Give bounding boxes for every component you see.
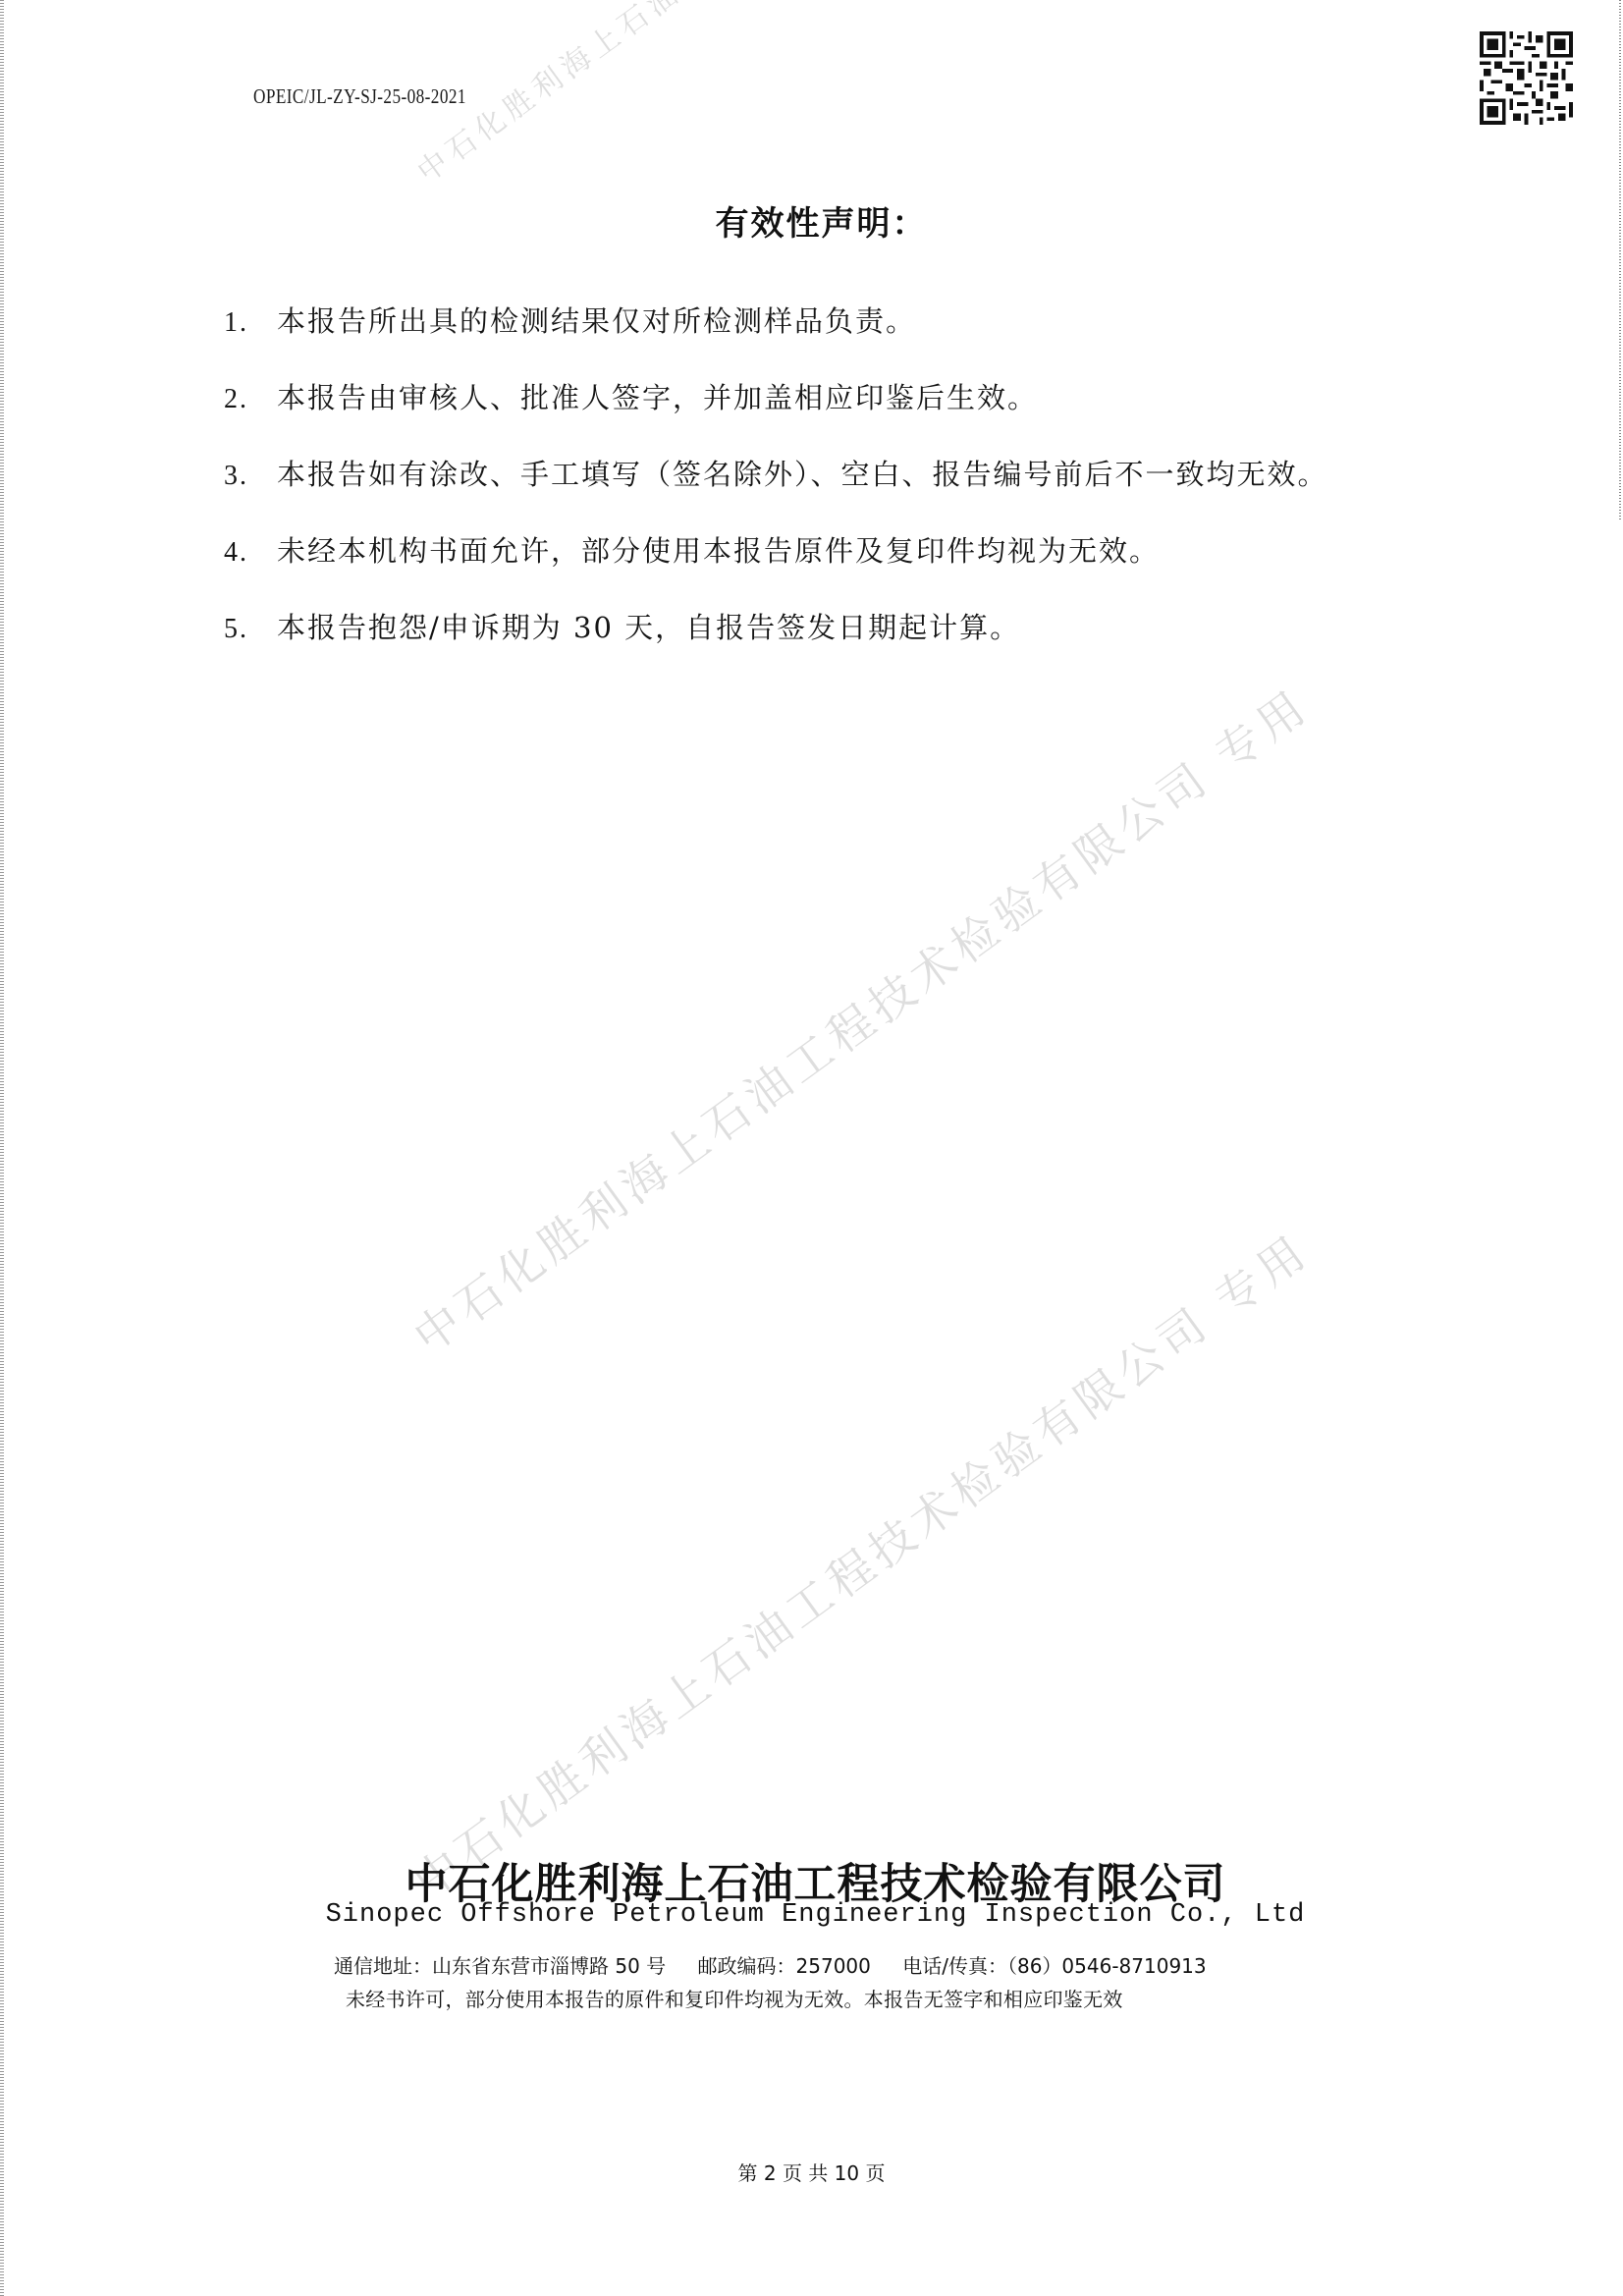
statement-text: 未经本机构书面允许，部分使用本报告原件及复印件均视为无效。: [277, 529, 1160, 570]
copy-notice: 未经书许可，部分使用本报告的原件和复印件均视为无效。本报告无签字和相应印鉴无效: [346, 1984, 1123, 2012]
postal-code: 邮政编码：257000: [698, 1954, 871, 1978]
phone-fax: 电话/传真：（86）0546-8710913: [902, 1954, 1206, 1978]
address: 通信地址：山东省东营市淄博路 50 号: [334, 1954, 666, 1978]
watermark: 中石化胜利海上石油工程技术检验有限公司 专用: [399, 1217, 1321, 1911]
statement-number: 5.: [224, 614, 277, 645]
company-name-english: Sinopec Offshore Petroleum Engineering I…: [0, 1900, 1623, 1930]
statement-number: 1.: [224, 307, 277, 339]
statement-item: 5. 本报告抱怨/申诉期为 30 天，自报告签发日期起计算。: [224, 606, 1328, 683]
scan-border-right: [1619, 0, 1621, 520]
statement-number: 4.: [224, 537, 277, 569]
statement-number: 2.: [224, 384, 277, 415]
page-title: 有效性声明：: [0, 196, 1623, 245]
watermark: 中石化胜利海上石油工程技术检验有限公司 专用: [399, 672, 1321, 1366]
validity-statements-list: 1. 本报告所出具的检测结果仅对所检测样品负责。 2. 本报告由审核人、批准人签…: [224, 300, 1328, 683]
scan-border-left: [0, 0, 4, 2296]
contact-info: 通信地址：山东省东营市淄博路 50 号 邮政编码：257000 电话/传真：（8…: [334, 1950, 1232, 1979]
statement-text: 本报告如有涂改、手工填写（签名除外）、空白、报告编号前后不一致均无效。: [277, 453, 1328, 493]
page-number: 第 2 页 共 10 页: [0, 2158, 1623, 2186]
qr-code-icon: [1480, 31, 1573, 125]
statement-item: 4. 未经本机构书面允许，部分使用本报告原件及复印件均视为无效。: [224, 529, 1328, 606]
statement-item: 1. 本报告所出具的检测结果仅对所检测样品负责。: [224, 300, 1328, 376]
statement-number: 3.: [224, 461, 277, 492]
statement-text: 本报告由审核人、批准人签字，并加盖相应印鉴后生效。: [277, 376, 1038, 416]
statement-item: 3. 本报告如有涂改、手工填写（签名除外）、空白、报告编号前后不一致均无效。: [224, 453, 1328, 529]
statement-item: 2. 本报告由审核人、批准人签字，并加盖相应印鉴后生效。: [224, 376, 1328, 453]
statement-text: 本报告抱怨/申诉期为 30 天，自报告签发日期起计算。: [277, 606, 1020, 646]
document-code: OPEIC/JL-ZY-SJ-25-08-2021: [253, 84, 466, 109]
statement-text: 本报告所出具的检测结果仅对所检测样品负责。: [277, 300, 916, 340]
